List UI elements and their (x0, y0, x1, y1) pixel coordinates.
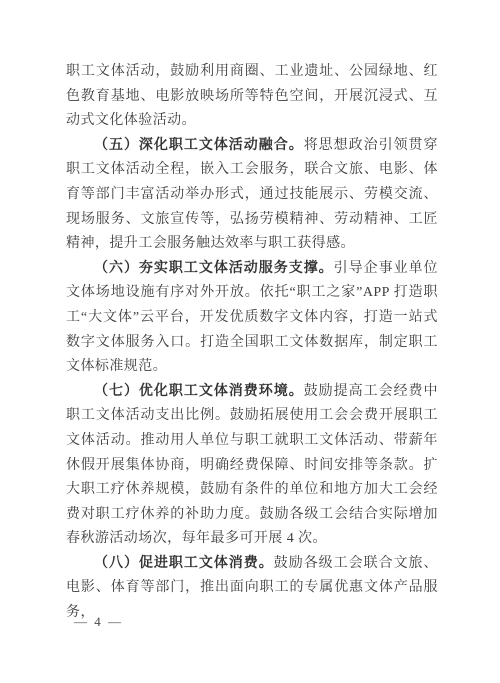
paragraph-continuation: 职工文体活动，鼓励利用商圈、工业遗址、公园绿地、红色教育基地、电影放映场所等特色… (66, 60, 438, 134)
page-number: — 4 — (74, 614, 123, 630)
section-5-paragraph: （五）深化职工文体活动融合。将思想政治引领贯穿职工文体活动全程，嵌入工会服务，联… (66, 134, 438, 257)
section-5-heading: （五）深化职工文体活动融合。 (94, 138, 304, 153)
paragraph-continuation-text: 职工文体活动，鼓励利用商圈、工业遗址、公园绿地、红色教育基地、电影放映场所等特色… (66, 64, 438, 128)
section-5-text: 将思想政治引领贯穿职工文体活动全程，嵌入工会服务，联合文旅、电影、体育等部门丰富… (66, 138, 438, 251)
section-6-paragraph: （六）夯实职工文体活动服务支撑。引导企事业单位文体场地设施有序对外开放。依托“职… (66, 257, 438, 380)
section-6-text: 引导企事业单位文体场地设施有序对外开放。依托“职工之家”APP 打造职工“大文体… (66, 261, 438, 374)
section-7-text: 鼓励提高工会经费中职工文体活动支出比例。鼓励拓展使用工会会费开展职工文体活动。推… (66, 384, 438, 547)
section-8-heading: （八）促进职工文体消费。 (94, 556, 274, 571)
section-7-paragraph: （七）优化职工文体消费环境。鼓励提高工会经费中职工文体活动支出比例。鼓励拓展使用… (66, 380, 438, 552)
section-6-heading: （六）夯实职工文体活动服务支撑。 (94, 261, 334, 276)
document-page: 职工文体活动，鼓励利用商圈、工业遗址、公园绿地、红色教育基地、电影放映场所等特色… (0, 0, 500, 683)
section-7-heading: （七）优化职工文体消费环境。 (94, 384, 304, 399)
document-body: 职工文体活动，鼓励利用商圈、工业遗址、公园绿地、红色教育基地、电影放映场所等特色… (66, 60, 438, 626)
